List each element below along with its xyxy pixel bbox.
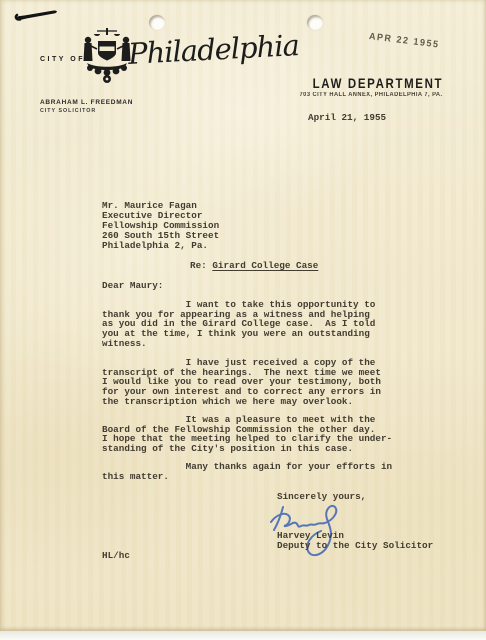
scanned-letter-page: CITY OF xyxy=(0,0,486,640)
letterhead-city-script: Philadelphia xyxy=(127,28,299,71)
punch-hole-icon xyxy=(307,15,323,30)
salutation: Dear Maury: xyxy=(102,281,163,291)
solicitor-title: CITY SOLICITOR xyxy=(40,108,96,114)
solicitor-name: ABRAHAM L. FREEDMAN xyxy=(40,99,133,106)
body-paragraph: It was a pleasure to meet with the Board… xyxy=(102,415,392,454)
staple-mark-icon xyxy=(13,5,59,27)
typed-signature-title: Deputy to the City Solicitor xyxy=(277,541,433,551)
sign-off: Sincerely yours, xyxy=(277,492,366,502)
subject-line: Re: Girard College Case xyxy=(190,261,318,271)
body-paragraph: I have just received a copy of the trans… xyxy=(102,358,381,407)
subject-label: Re: xyxy=(190,260,212,271)
body-paragraph: I want to take this opportunity to thank… xyxy=(102,300,375,349)
reference-initials: HL/hc xyxy=(102,551,130,561)
body-paragraph: Many thanks again for your efforts in th… xyxy=(102,462,392,481)
recipient-address-block: Mr. Maurice Fagan Executive Director Fel… xyxy=(102,201,219,251)
letter-date: April 21, 1955 xyxy=(308,113,386,123)
letter-paper: CITY OF xyxy=(0,0,486,631)
department-address: 703 CITY HALL ANNEX, PHILADELPHIA 7, PA. xyxy=(300,92,443,98)
department-title: LAW DEPARTMENT xyxy=(312,75,443,91)
punch-hole-icon xyxy=(149,15,165,30)
received-date-stamp: APR 22 1955 xyxy=(368,31,440,51)
scanner-background xyxy=(0,631,486,640)
subject-text: Girard College Case xyxy=(212,260,318,271)
